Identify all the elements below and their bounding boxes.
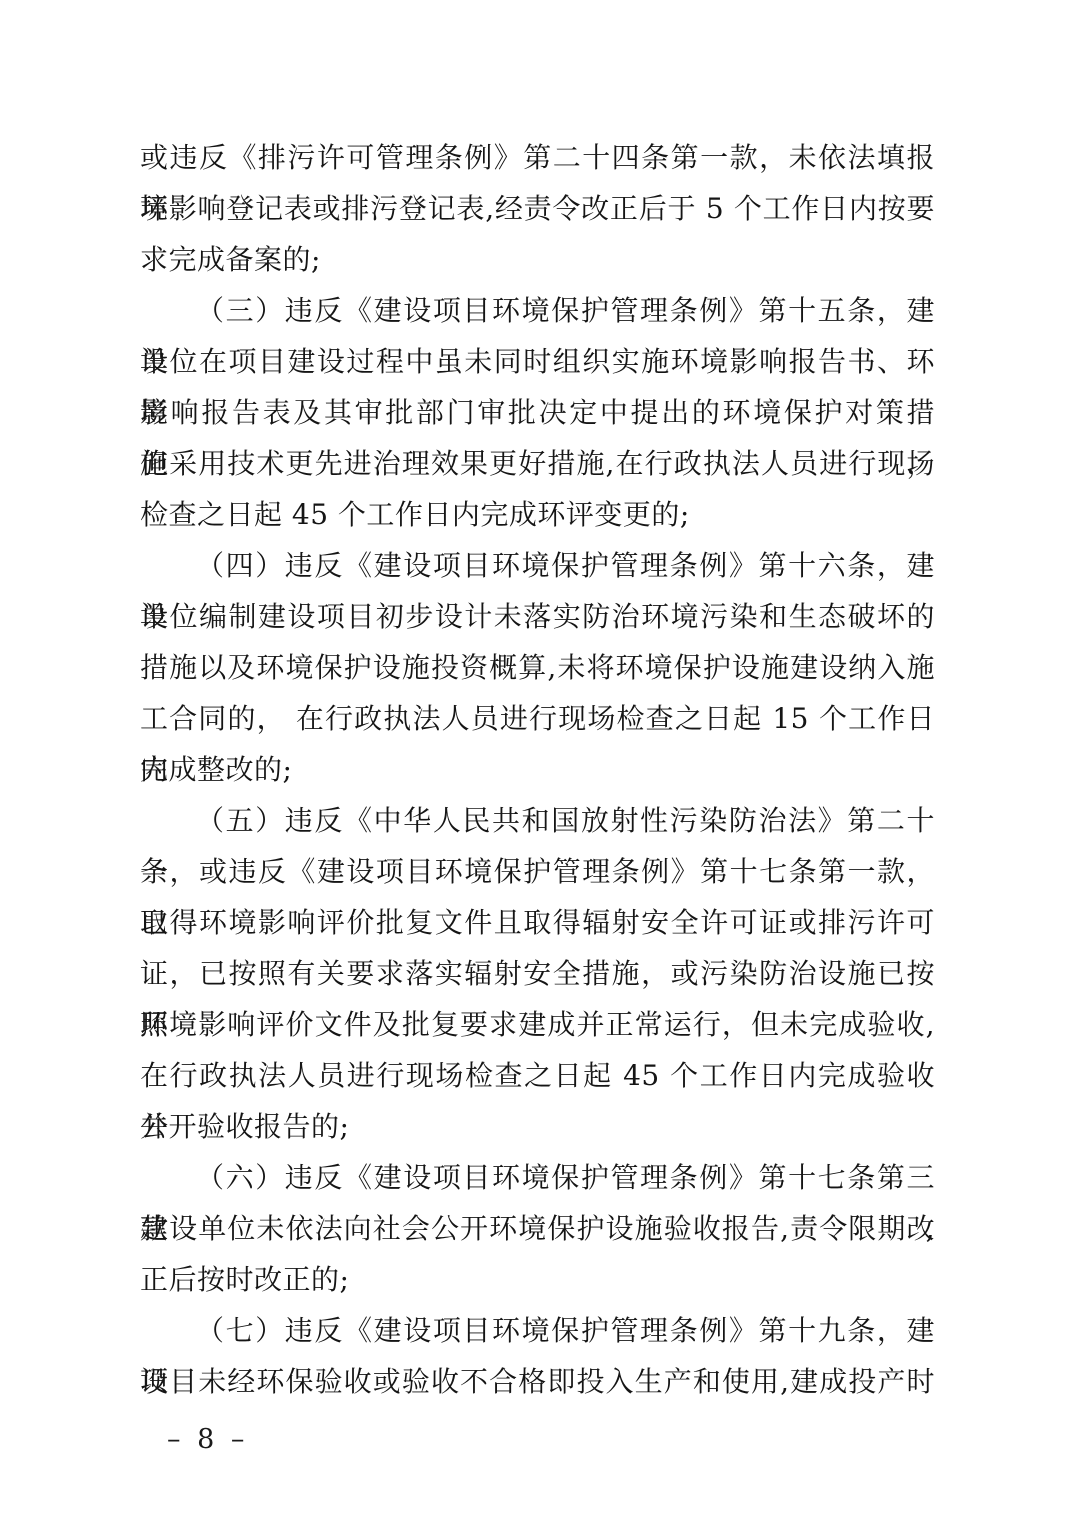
text-line: 公开验收报告的;: [140, 1101, 935, 1152]
text-line: 正后按时改正的;: [140, 1254, 935, 1305]
text-line: （四）违反《建设项目环境保护管理条例》第十六条，建设: [140, 540, 935, 591]
text-line: 或违反《排污许可管理条例》第二十四条第一款，未依法填报环: [140, 132, 935, 183]
text-line: （七）违反《建设项目环境保护管理条例》第十九条，建设: [140, 1305, 935, 1356]
document-page: 或违反《排污许可管理条例》第二十四条第一款，未依法填报环 境影响登记表或排污登记…: [0, 0, 1074, 1520]
text-line: （五）违反《中华人民共和国放射性污染防治法》第二十一: [140, 795, 935, 846]
text-line: 完成整改的;: [140, 744, 935, 795]
text-line: 环境影响评价文件及批复要求建成并正常运行，但未完成验收,: [140, 999, 935, 1050]
text-line: （三）违反《建设项目环境保护管理条例》第十五条，建设: [140, 285, 935, 336]
text-line: 影响报告表及其审批部门审批决定中提出的环境保护对策措施，: [140, 387, 935, 438]
text-line: 单位在项目建设过程中虽未同时组织实施环境影响报告书、环境: [140, 336, 935, 387]
text-line: 建设单位未依法向社会公开环境保护设施验收报告,责令限期改: [140, 1203, 935, 1254]
text-line: 工合同的， 在行政执法人员进行现场检查之日起 15 个工作日内: [140, 693, 935, 744]
page-number: – 8 –: [167, 1424, 248, 1456]
text-line: 境影响登记表或排污登记表,经责令改正后于 5 个工作日内按要: [140, 183, 935, 234]
text-line: 条，或违反《建设项目环境保护管理条例》第十七条第一款，已: [140, 846, 935, 897]
text-line: 项目未经环保验收或验收不合格即投入生产和使用,建成投产时: [140, 1356, 935, 1407]
text-line: 取得环境影响评价批复文件且取得辐射安全许可证或排污许可: [140, 897, 935, 948]
text-line: 求完成备案的;: [140, 234, 935, 285]
text-line: 单位编制建设项目初步设计未落实防治环境污染和生态破坏的: [140, 591, 935, 642]
text-line: 在行政执法人员进行现场检查之日起 45 个工作日内完成验收并: [140, 1050, 935, 1101]
document-text-block: 或违反《排污许可管理条例》第二十四条第一款，未依法填报环 境影响登记表或排污登记…: [140, 132, 935, 1407]
text-line: 证，已按照有关要求落实辐射安全措施，或污染防治设施已按照: [140, 948, 935, 999]
text-line: 但采用技术更先进治理效果更好措施,在行政执法人员进行现场: [140, 438, 935, 489]
text-line: （六）违反《建设项目环境保护管理条例》第十七条第三款,: [140, 1152, 935, 1203]
text-line: 检查之日起 45 个工作日内完成环评变更的;: [140, 489, 935, 540]
text-line: 措施以及环境保护设施投资概算,未将环境保护设施建设纳入施: [140, 642, 935, 693]
